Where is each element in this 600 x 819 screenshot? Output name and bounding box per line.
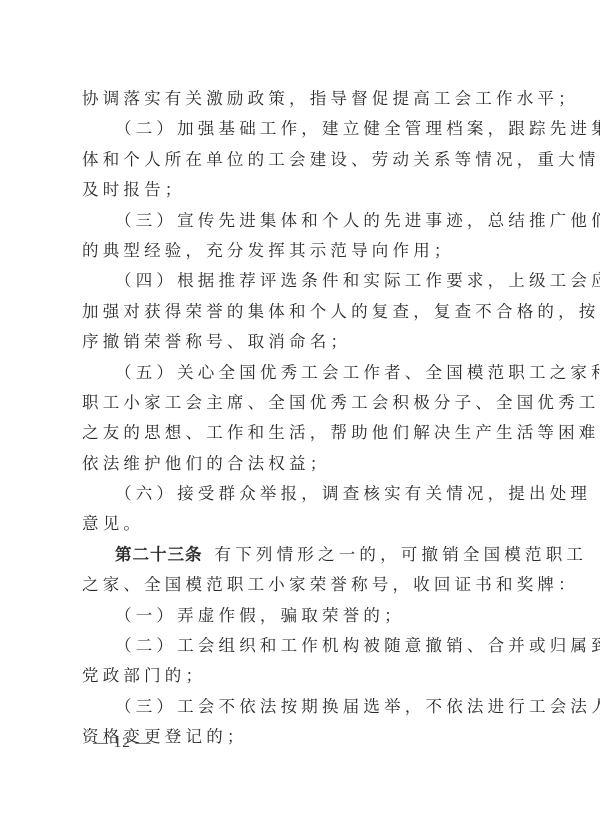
text-line: 党政部门的； <box>82 661 522 691</box>
body-text: 协调落实有关激励政策，指导督促提高工会工作水平；（二）加强基础工作，建立健全管理… <box>82 84 522 540</box>
text-line: （二）工会组织和工作机构被随意撤销、合并或归属到 <box>82 631 522 661</box>
text-line: 职工小家工会主席、全国优秀工会积极分子、全国优秀工会 <box>82 388 522 418</box>
text-line: 意见。 <box>82 509 522 539</box>
text-line: 之友的思想、工作和生活，帮助他们解决生产生活等困难， <box>82 418 522 448</box>
text-line: 体和个人所在单位的工会建设、劳动关系等情况，重大情况 <box>82 145 522 175</box>
text-line: 依法维护他们的合法权益； <box>82 449 522 479</box>
text-line: （五）关心全国优秀工会工作者、全国模范职工之家和 <box>82 358 522 388</box>
page-number: — 12 — <box>93 735 152 752</box>
text-line: （二）加强基础工作，建立健全管理档案，跟踪先进集 <box>82 114 522 144</box>
text-line: 之家、全国模范职工小家荣誉称号，收回证书和奖牌： <box>82 570 522 600</box>
text-line: 协调落实有关激励政策，指导督促提高工会工作水平； <box>82 84 522 114</box>
text-line: （六）接受群众举报，调查核实有关情况，提出处理 <box>82 479 522 509</box>
article-body: 之家、全国模范职工小家荣誉称号，收回证书和奖牌：（一）弄虚作假，骗取荣誉的；（二… <box>82 570 522 752</box>
text-line: （四）根据推荐评选条件和实际工作要求，上级工会应 <box>82 266 522 296</box>
article-heading: 第二十三条 <box>115 545 203 564</box>
text-line: 及时报告； <box>82 175 522 205</box>
text-line: 的典型经验，充分发挥其示范导向作用； <box>82 236 522 266</box>
article-first-line-text: 有下列情形之一的，可撤销全国模范职工 <box>215 545 588 564</box>
text-line: 序撤销荣誉称号、取消命名； <box>82 327 522 357</box>
text-line: （一）弄虚作假，骗取荣誉的； <box>82 601 522 631</box>
text-line: （三）宣传先进集体和个人的先进事迹，总结推广他们 <box>82 206 522 236</box>
article-23-first-line: 第二十三条有下列情形之一的，可撤销全国模范职工 <box>82 540 522 570</box>
text-line: （三）工会不依法按期换届选举，不依法进行工会法人 <box>82 692 522 722</box>
text-line: 加强对获得荣誉的集体和个人的复查，复查不合格的，按程 <box>82 297 522 327</box>
document-page: 协调落实有关激励政策，指导督促提高工会工作水平；（二）加强基础工作，建立健全管理… <box>82 84 522 753</box>
